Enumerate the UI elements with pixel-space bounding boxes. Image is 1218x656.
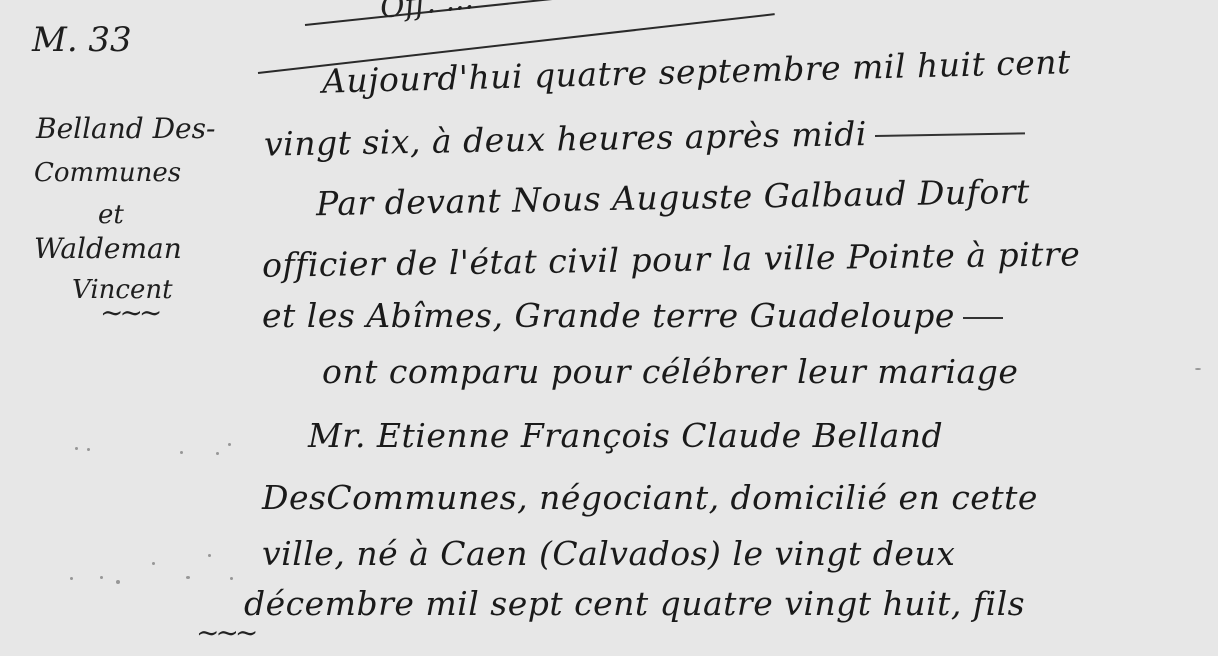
document-page: Off. ... M. 33 Belland Des- Communes et … — [0, 0, 1218, 656]
ink-speck — [87, 448, 90, 451]
margin-line: Communes — [34, 158, 181, 188]
ink-speck — [228, 443, 231, 446]
ink-speck — [100, 576, 103, 579]
ink-speck — [1195, 368, 1201, 370]
record-number: M. 33 — [32, 20, 132, 60]
body-line-8: DesCommunes, négociant, domicilié en cet… — [262, 478, 1038, 517]
bottom-flourish: ∼∼∼ — [196, 616, 254, 649]
ink-speck — [70, 577, 73, 580]
body-line-10: décembre mil sept cent quatre vingt huit… — [244, 584, 1025, 623]
line-filler — [963, 317, 1003, 319]
ink-speck — [75, 447, 78, 450]
ink-speck — [186, 576, 190, 579]
ink-speck — [208, 554, 211, 557]
body-line-9: ville, né à Caen (Calvados) le vingt deu… — [262, 534, 955, 573]
body-line-2: vingt six, à deux heures après midi — [264, 111, 1025, 163]
margin-line: et — [98, 200, 124, 230]
ink-speck — [116, 580, 120, 584]
margin-line: Waldeman — [34, 232, 182, 265]
body-line-3: Par devant Nous Auguste Galbaud Dufort — [316, 172, 1030, 223]
header-fragment: Off. ... — [378, 0, 475, 26]
ink-speck — [180, 451, 183, 454]
line-filler — [875, 132, 1025, 137]
ink-speck — [152, 562, 155, 565]
margin-flourish: ∼∼∼ — [100, 296, 158, 329]
margin-line: Belland Des- — [36, 112, 215, 145]
body-line-6: ont comparu pour célébrer leur mariage — [322, 352, 1018, 391]
body-line-4: officier de l'état civil pour la ville P… — [262, 234, 1081, 284]
body-line-5: et les Abîmes, Grande terre Guadeloupe — [262, 296, 1003, 335]
ink-speck — [230, 577, 233, 580]
body-line-7: Mr. Etienne François Claude Belland — [308, 416, 943, 455]
ink-speck — [216, 452, 219, 455]
